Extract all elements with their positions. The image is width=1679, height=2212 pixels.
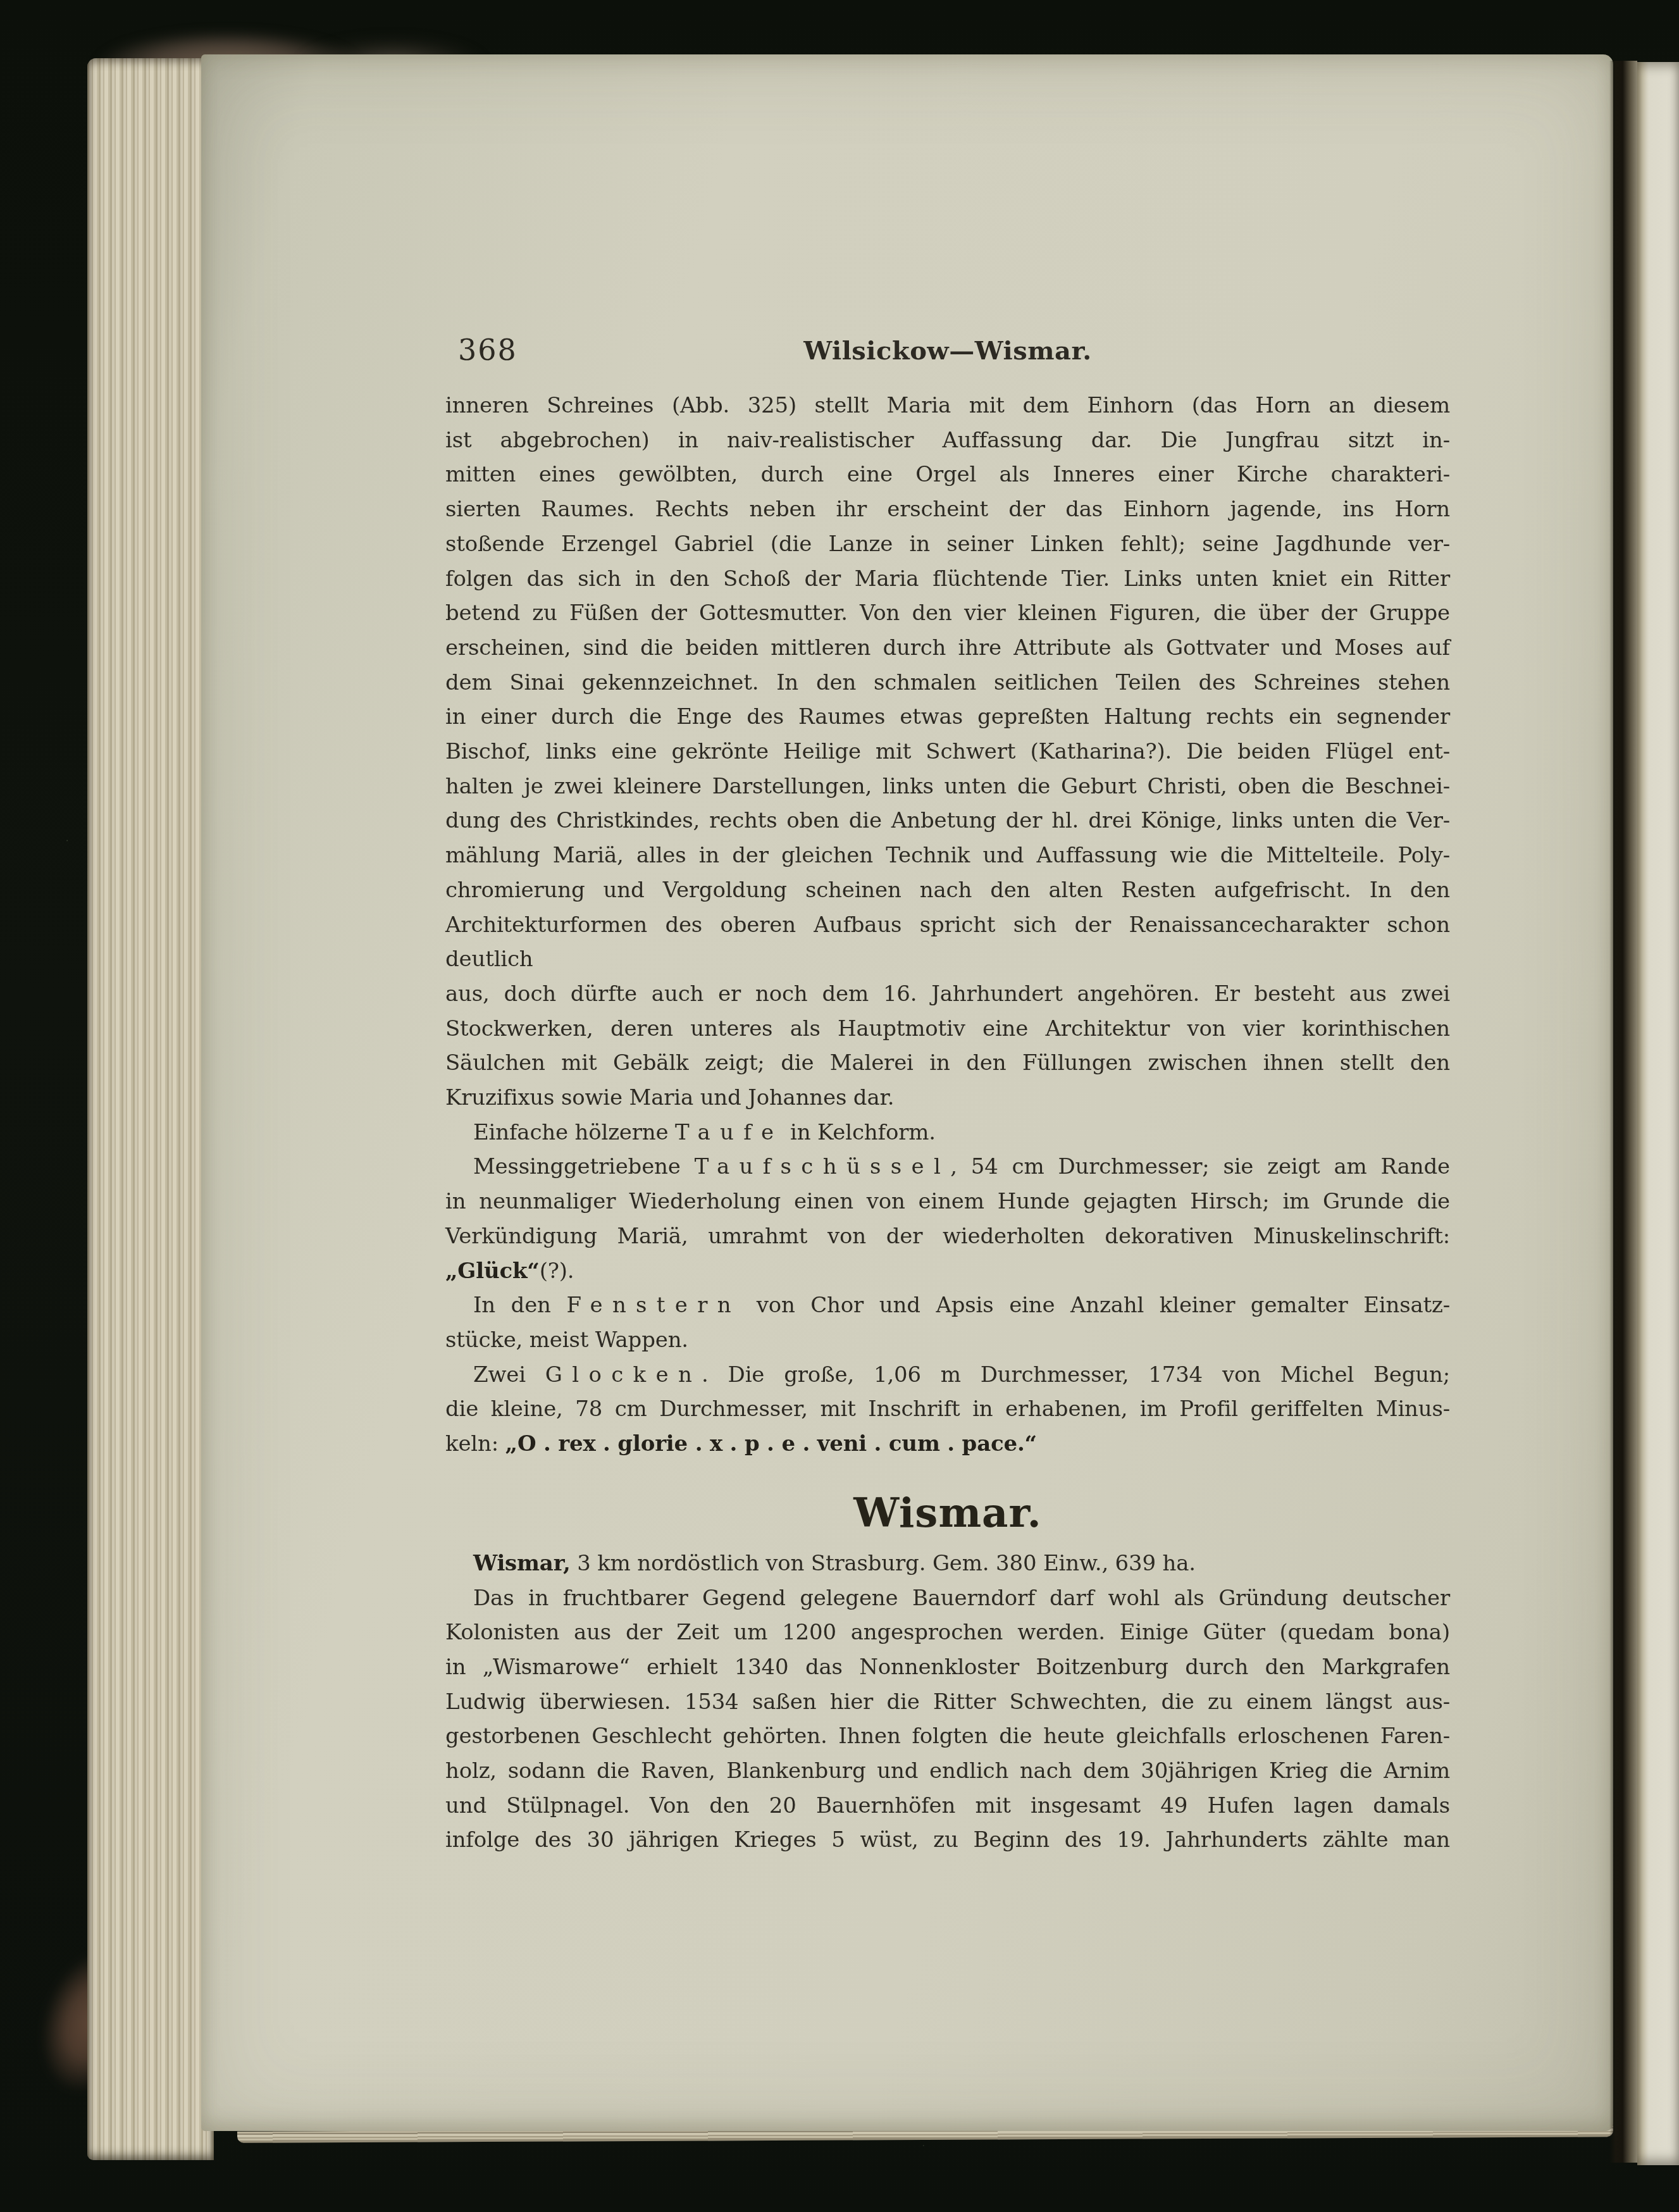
text-segment: die kleine, 78 cm Durchmesser, mit Insch… (445, 1396, 1450, 1422)
paragraph: Das in fruchtbarer Gegend gelegene Bauer… (445, 1581, 1450, 1858)
text-segment: Ludwig überwiesen. 1534 saßen hier die R… (445, 1689, 1450, 1715)
text-line: Verkündigung Mariä, umrahmt von der wied… (445, 1219, 1450, 1254)
page-header: 368 Wilsickow—Wismar. (445, 332, 1450, 368)
text-line: „Glück“(?). (445, 1254, 1450, 1289)
text-segment: in „Wismarowe“ erhielt 1340 das Nonnenkl… (445, 1655, 1450, 1680)
text-line: dung des Christkindes, rechts oben die A… (445, 804, 1450, 838)
text-segment: Kolonisten aus der Zeit um 1200 angespro… (445, 1620, 1450, 1645)
text-segment: ist abgebrochen) in naiv-realistischer A… (445, 428, 1450, 453)
paragraph: Wismar, 3 km nordöstlich von Strasburg. … (445, 1546, 1450, 1581)
text-line: Kruzifixus sowie Maria und Johannes dar. (445, 1081, 1450, 1115)
text-line: die kleine, 78 cm Durchmesser, mit Insch… (445, 1392, 1450, 1427)
text-segment: Säulchen mit Gebälk zeigt; die Malerei i… (445, 1050, 1450, 1076)
text-segment: Zwei (473, 1362, 545, 1388)
text-line: infolge des 30 jährigen Krieges 5 wüst, … (445, 1823, 1450, 1858)
text-segment: Stockwerken, deren unteres als Hauptmoti… (445, 1016, 1450, 1041)
section-heading: Wismar. (445, 1491, 1450, 1536)
text-segment: , 54 cm Durchmesser; sie zeigt am Rande (950, 1154, 1450, 1179)
text-line: Säulchen mit Gebälk zeigt; die Malerei i… (445, 1046, 1450, 1081)
text-line: Zwei Glocken. Die große, 1,06 m Durchmes… (445, 1358, 1450, 1393)
text-line: in „Wismarowe“ erhielt 1340 das Nonnenkl… (445, 1650, 1450, 1685)
text-segment: . Die große, 1,06 m Durchmesser, 1734 vo… (702, 1362, 1450, 1388)
text-segment: Messinggetriebene (473, 1154, 695, 1179)
text-line: ist abgebrochen) in naiv-realistischer A… (445, 423, 1450, 458)
text-line: stoßende Erzengel Gabriel (die Lanze in … (445, 527, 1450, 562)
text-segment: Taufschüssel (695, 1154, 951, 1179)
paragraph: In den Fenstern von Chor und Apsis eine … (445, 1288, 1450, 1357)
text-segment: dem Sinai gekennzeichnet. In den schmale… (445, 670, 1450, 695)
text-line: keln: „O . rex . glorie . x . p . e . ve… (445, 1427, 1450, 1462)
text-content: inneren Schreines (Abb. 325) stellt Mari… (445, 388, 1450, 1858)
paragraph: inneren Schreines (Abb. 325) stellt Mari… (445, 388, 1450, 1115)
text-line: in neunmaliger Wiederholung einen von ei… (445, 1184, 1450, 1219)
text-segment: 3 km nordöstlich von Strasburg. Gem. 380… (571, 1551, 1196, 1576)
text-segment: „Glück“ (445, 1258, 540, 1284)
text-segment: „O . rex . glorie . x . p . e . veni . c… (505, 1431, 1037, 1457)
text-segment: dung des Christkindes, rechts oben die A… (445, 808, 1450, 833)
text-line: Bischof, links eine gekrönte Heilige mit… (445, 735, 1450, 769)
text-segment: von Chor und Apsis eine Anzahl kleiner g… (741, 1293, 1450, 1318)
text-segment: infolge des 30 jährigen Krieges 5 wüst, … (445, 1827, 1450, 1853)
text-segment: Wismar, (473, 1551, 571, 1576)
text-segment: Einfache hölzerne (473, 1120, 675, 1145)
text-line: sierten Raumes. Rechts neben ihr erschei… (445, 492, 1450, 527)
text-line: holz, sodann die Raven, Blankenburg und … (445, 1754, 1450, 1789)
text-line: Einfache hölzerne Taufe in Kelchform. (445, 1115, 1450, 1150)
text-segment: (?). (540, 1258, 574, 1284)
text-segment: in Kelchform. (784, 1120, 936, 1145)
text-line: erscheinen, sind die beiden mittleren du… (445, 631, 1450, 666)
paragraph: Zwei Glocken. Die große, 1,06 m Durchmes… (445, 1358, 1450, 1462)
text-segment: betend zu Füßen der Gottesmutter. Von de… (445, 600, 1450, 626)
text-line: dem Sinai gekennzeichnet. In den schmale… (445, 666, 1450, 700)
text-segment: mählung Mariä, alles in der gleichen Tec… (445, 843, 1450, 868)
text-line: Ludwig überwiesen. 1534 saßen hier die R… (445, 1685, 1450, 1720)
text-segment: In den (473, 1293, 566, 1318)
gutter-shadow (1609, 61, 1637, 2163)
text-line: Wismar, 3 km nordöstlich von Strasburg. … (445, 1546, 1450, 1581)
text-line: mitten eines gewölbten, durch eine Orgel… (445, 457, 1450, 492)
text-segment: stücke, meist Wappen. (445, 1327, 688, 1353)
text-line: In den Fenstern von Chor und Apsis eine … (445, 1288, 1450, 1323)
text-segment: halten je zwei kleinere Darstellungen, l… (445, 774, 1450, 799)
text-line: in einer durch die Enge des Raumes etwas… (445, 700, 1450, 735)
text-segment: Das in fruchtbarer Gegend gelegene Bauer… (473, 1586, 1450, 1611)
text-segment: Kruzifixus sowie Maria und Johannes dar. (445, 1085, 894, 1110)
paragraph: Messinggetriebene Taufschüssel, 54 cm Du… (445, 1150, 1450, 1288)
text-segment: aus, doch dürfte auch er noch dem 16. Ja… (445, 981, 1450, 1007)
text-segment: Fenstern (566, 1293, 741, 1318)
text-line: Messinggetriebene Taufschüssel, 54 cm Du… (445, 1150, 1450, 1184)
paragraph: Einfache hölzerne Taufe in Kelchform. (445, 1115, 1450, 1150)
text-line: aus, doch dürfte auch er noch dem 16. Ja… (445, 977, 1450, 1012)
text-segment: stoßende Erzengel Gabriel (die Lanze in … (445, 531, 1450, 557)
facing-page-sliver (1637, 62, 1679, 2165)
text-segment: in einer durch die Enge des Raumes etwas… (445, 704, 1450, 730)
text-line: folgen das sich in den Schoß der Maria f… (445, 562, 1450, 597)
text-segment: Bischof, links eine gekrönte Heilige mit… (445, 739, 1450, 764)
text-line: chromierung und Vergoldung scheinen nach… (445, 873, 1450, 908)
text-segment: Architekturformen des oberen Aufbaus spr… (445, 912, 1450, 972)
text-segment: gestorbenen Geschlecht gehörten. Ihnen f… (445, 1724, 1450, 1749)
text-line: inneren Schreines (Abb. 325) stellt Mari… (445, 388, 1450, 423)
text-line: stücke, meist Wappen. (445, 1323, 1450, 1358)
text-line: betend zu Füßen der Gottesmutter. Von de… (445, 596, 1450, 631)
text-line: Stockwerken, deren unteres als Hauptmoti… (445, 1012, 1450, 1047)
text-segment: folgen das sich in den Schoß der Maria f… (445, 566, 1450, 592)
text-segment: mitten eines gewölbten, durch eine Orgel… (445, 462, 1450, 487)
text-line: Das in fruchtbarer Gegend gelegene Bauer… (445, 1581, 1450, 1616)
text-area: 368 Wilsickow—Wismar. inneren Schreines … (445, 332, 1450, 1858)
text-line: mählung Mariä, alles in der gleichen Tec… (445, 838, 1450, 873)
text-line: und Stülpnagel. Von den 20 Bauernhöfen m… (445, 1789, 1450, 1824)
text-line: gestorbenen Geschlecht gehörten. Ihnen f… (445, 1719, 1450, 1754)
left-page-edges (87, 58, 214, 2160)
text-segment: Glocken (545, 1362, 702, 1388)
text-line: Architekturformen des oberen Aufbaus spr… (445, 908, 1450, 977)
text-segment: holz, sodann die Raven, Blankenburg und … (445, 1758, 1450, 1784)
text-segment: inneren Schreines (Abb. 325) stellt Mari… (445, 393, 1450, 418)
text-segment: in neunmaliger Wiederholung einen von ei… (445, 1189, 1450, 1214)
text-segment: und Stülpnagel. Von den 20 Bauernhöfen m… (445, 1793, 1450, 1818)
text-segment: Taufe (675, 1120, 783, 1145)
book-page: 368 Wilsickow—Wismar. inneren Schreines … (201, 54, 1613, 2131)
text-segment: sierten Raumes. Rechts neben ihr erschei… (445, 497, 1450, 522)
running-title: Wilsickow—Wismar. (445, 334, 1450, 368)
text-line: halten je zwei kleinere Darstellungen, l… (445, 769, 1450, 804)
text-segment: erscheinen, sind die beiden mittleren du… (445, 635, 1450, 661)
text-segment: chromierung und Vergoldung scheinen nach… (445, 878, 1450, 903)
text-line: Kolonisten aus der Zeit um 1200 angespro… (445, 1615, 1450, 1650)
text-segment: keln: (445, 1431, 505, 1457)
text-segment: Verkündigung Mariä, umrahmt von der wied… (445, 1224, 1450, 1249)
